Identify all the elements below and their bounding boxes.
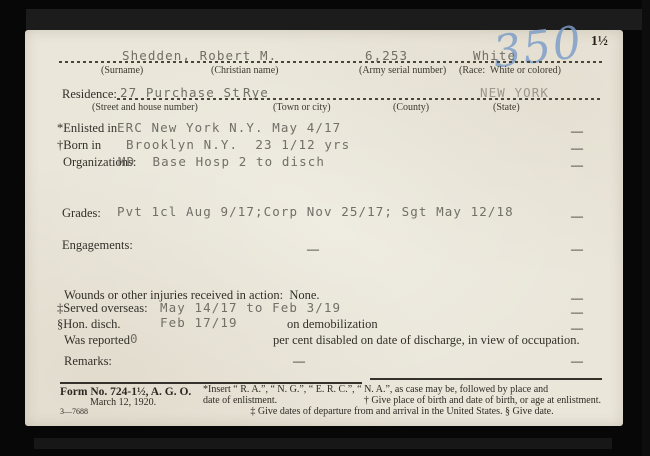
print-code: 3—7688 xyxy=(60,407,88,416)
town-label: (Town or city) xyxy=(273,102,331,113)
blank-dash: — xyxy=(571,211,583,221)
state-label: (State) xyxy=(493,102,520,113)
enlisted-value: ERC New York N.Y. May 4/17 xyxy=(117,121,341,134)
hon-disch-label: §Hon. disch. xyxy=(57,317,121,331)
born-label: †Born in xyxy=(57,138,101,152)
served-overseas-value: May 14/17 to Feb 3/19 xyxy=(160,301,341,314)
residence-dotted-line xyxy=(117,98,602,100)
surname-label: (Surname) xyxy=(101,65,143,76)
served-overseas-label: ‡Served overseas: xyxy=(57,301,148,315)
footnote-line-3: ‡ Give dates of departure from and arriv… xyxy=(203,407,601,418)
blank-dash: — xyxy=(307,244,319,254)
christian-name-label: (Christian name) xyxy=(211,65,278,76)
was-reported-suffix: per cent disabled on date of discharge, … xyxy=(273,333,580,347)
scanned-record-page: 350 1½ Shedden, Robert M. 6,253 White (S… xyxy=(0,0,650,456)
street-label: (Street and house number) xyxy=(92,102,198,113)
blank-dash: — xyxy=(571,323,583,333)
enlisted-label: *Enlisted in xyxy=(57,121,117,135)
serial-label: (Army serial number) xyxy=(359,65,446,76)
grades-label: Grades: xyxy=(62,206,101,220)
residence-label: Residence: xyxy=(62,87,117,101)
blank-dash: — xyxy=(571,160,583,170)
grades-value: Pvt 1cl Aug 9/17;Corp Nov 25/17; Sgt May… xyxy=(117,205,514,218)
form-date: March 12, 1920. xyxy=(90,397,156,408)
footnote-line-2b: † Give place of birth and date of birth,… xyxy=(364,396,601,407)
county-label: (County) xyxy=(393,102,429,113)
name-dotted-line xyxy=(59,61,602,63)
blank-dash: — xyxy=(571,143,583,153)
was-reported-label: Was reported xyxy=(64,333,130,347)
blank-dash: — xyxy=(571,126,583,136)
blank-dash: — xyxy=(571,356,583,366)
blank-dash: — xyxy=(293,356,305,366)
engagements-label: Engagements: xyxy=(62,238,133,252)
hon-disch-value: Feb 17/19 xyxy=(160,316,238,329)
scan-frame-bottom xyxy=(34,438,612,449)
blank-dash: — xyxy=(571,293,583,303)
race-label: (Race: White or colored) xyxy=(459,65,561,76)
was-reported-value: 0 xyxy=(130,332,139,345)
footer-divider-right xyxy=(370,378,602,380)
remarks-label: Remarks: xyxy=(64,354,112,368)
corner-fraction: 1½ xyxy=(591,33,608,49)
scan-frame-right xyxy=(642,0,650,456)
hon-disch-suffix: on demobilization xyxy=(287,317,378,331)
born-value: Brooklyn N.Y. 23 1/12 yrs xyxy=(126,138,350,151)
record-card: 350 1½ Shedden, Robert M. 6,253 White (S… xyxy=(25,30,623,426)
blank-dash: — xyxy=(571,307,583,317)
footnote-line-2a: date of enlistment. xyxy=(203,396,277,407)
footnotes: *Insert “ R. A.”, “ N. G.”, “ E. R. C.”,… xyxy=(203,385,601,417)
organizations-value: MD Base Hosp 2 to disch xyxy=(118,155,325,168)
blank-dash: — xyxy=(571,244,583,254)
